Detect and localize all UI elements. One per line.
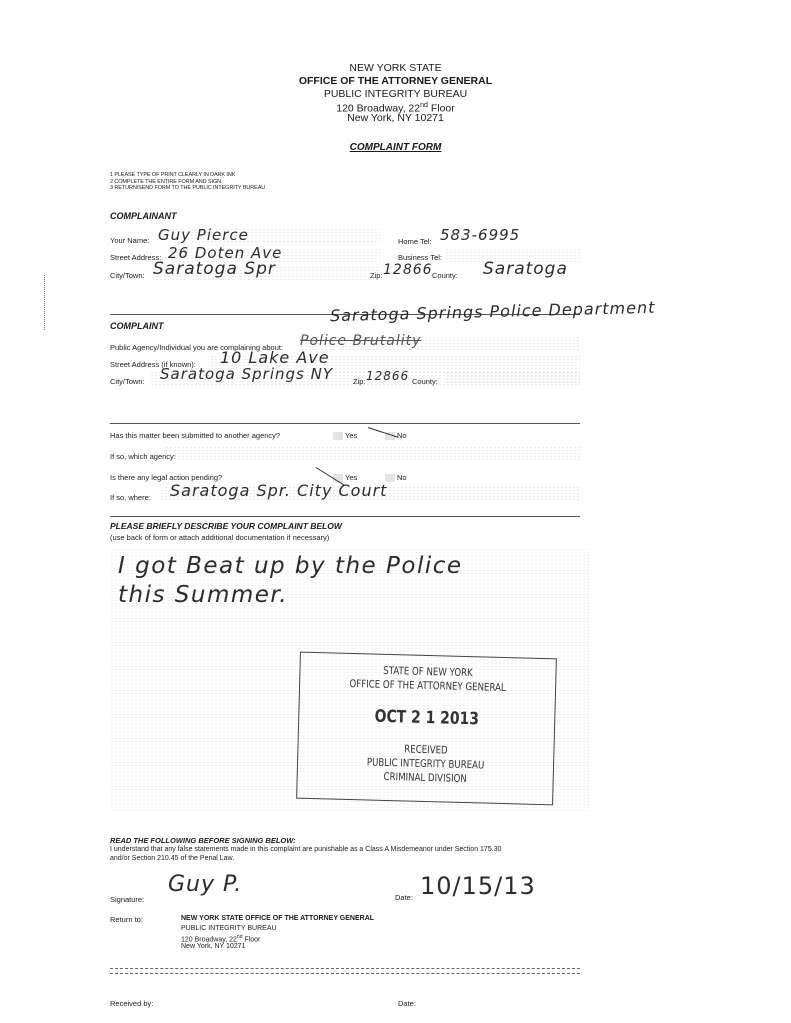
other-agency-question: Has this matter been submitted to anothe… [110, 431, 280, 440]
return-to-line-2: PUBLIC INTEGRITY BUREAU [181, 925, 277, 932]
description-line-1[interactable]: I got Beat up by the Police [118, 553, 463, 579]
home-tel-label: Home Tel: [398, 237, 432, 246]
complaint-zip-label: Zip: [353, 377, 366, 386]
where-label: If so, where: [110, 493, 151, 502]
city-field[interactable]: Saratoga Spr [153, 259, 276, 279]
name-field[interactable]: Guy Pierce [158, 226, 249, 244]
return-to-line-1: NEW YORK STATE OFFICE OF THE ATTORNEY GE… [181, 915, 374, 922]
complainant-section-title: COMPLAINANT [110, 211, 177, 221]
form-title: COMPLAINT FORM [0, 142, 791, 153]
return-to-line-4: New York, NY 10271 [181, 943, 245, 950]
header-state: NEW YORK STATE [0, 62, 791, 74]
agency-field[interactable]: Saratoga Springs Police Department [330, 298, 656, 326]
business-tel-label: Business Tel: [398, 253, 442, 262]
signature-field[interactable]: Guy P. [168, 872, 242, 897]
divider-3 [110, 516, 580, 517]
return-to-label: Return to: [110, 915, 143, 924]
description-line-2[interactable]: this Summer. [118, 582, 288, 608]
complaint-city-label: City/Town: [110, 377, 145, 386]
header-address-sup: nd [420, 102, 428, 109]
margin-mark [44, 275, 49, 330]
agency-struck-value: Police Brutality [300, 333, 421, 349]
signing-title: READ THE FOLLOWING BEFORE SIGNING BELOW: [110, 836, 296, 845]
checkbox-yes[interactable] [333, 432, 343, 440]
legal-action-no[interactable]: No [385, 473, 407, 482]
complaint-section-title: COMPLAINT [110, 321, 164, 331]
where-field[interactable]: Saratoga Spr. City Court [170, 481, 387, 500]
signing-statement-1: I understand that any false statements m… [110, 846, 501, 853]
other-agency-yes-label: Yes [345, 431, 357, 440]
home-tel-field[interactable]: 583-6995 [440, 226, 520, 244]
complaint-county-label: County: [412, 377, 438, 386]
header-bureau: PUBLIC INTEGRITY BUREAU [0, 88, 791, 100]
county-field[interactable]: Saratoga [483, 259, 568, 279]
instructions: 1 PLEASE TYPE OF PRINT CLEARLY IN DARK I… [110, 172, 265, 192]
received-by-label: Received by: [110, 999, 153, 1008]
legal-action-no-label: No [397, 473, 407, 482]
dashed-separator [110, 968, 580, 974]
complaint-city-field[interactable]: Saratoga Springs NY [160, 365, 333, 383]
county-label: County: [432, 271, 458, 280]
name-label: Your Name: [110, 236, 149, 245]
signing-statement-2: and/or Section 210.45 of the Penal Law. [110, 855, 234, 862]
complaint-zip-field[interactable]: 12866 [366, 369, 409, 383]
date-field[interactable]: 10/15/13 [420, 872, 536, 900]
complaint-county-field[interactable] [445, 372, 580, 385]
header-office: OFFICE OF THE ATTORNEY GENERAL [0, 75, 791, 87]
zip-label: Zip: [370, 271, 383, 280]
other-agency-yes[interactable]: Yes [333, 431, 357, 440]
other-agency-no-label: No [397, 431, 407, 440]
stamp-date: OCT 2 1 2013 [322, 705, 532, 730]
which-agency-field[interactable] [165, 446, 580, 460]
which-agency-label: If so, which agency: [110, 452, 176, 461]
date-label: Date: [395, 893, 413, 902]
header-city: New York, NY 10271 [0, 112, 791, 124]
description-title: PLEASE BRIEFLY DESCRIBE YOUR COMPLAINT B… [110, 521, 342, 531]
return-to-line-3: 120 Broadway, 22nd Floor [181, 934, 260, 943]
instruction-3: 3 RETURN/SEND FORM TO THE PUBLIC INTEGRI… [110, 185, 265, 192]
city-label: City/Town: [110, 271, 145, 280]
zip-field[interactable]: 12866 [383, 262, 433, 278]
divider-2 [110, 423, 580, 424]
signature-label: Signature: [110, 895, 144, 904]
received-stamp: STATE OF NEW YORK OFFICE OF THE ATTORNEY… [296, 652, 557, 806]
description-subtitle: (use back of form or attach additional d… [110, 533, 329, 542]
footer-date-label: Date: [398, 999, 416, 1008]
